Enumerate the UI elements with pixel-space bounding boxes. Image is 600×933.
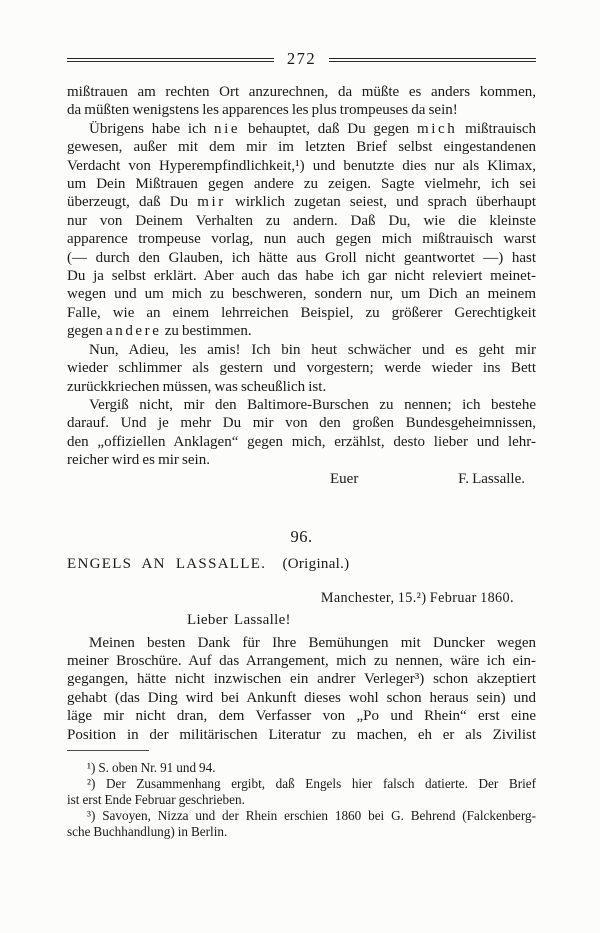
text-line: wieder schlimmer als gestern und vorgest…: [67, 359, 536, 377]
letter-96-text: Meinen besten Dank für Ihre Bemühungen m…: [67, 634, 536, 744]
page-header: 272: [67, 52, 536, 69]
text-line: Falle, wie an einem lehrreichen Beispiel…: [67, 304, 536, 322]
text-line: sche Buchhandlung) in Berlin.: [67, 824, 536, 840]
salutation: Lieber Lassalle!: [67, 611, 536, 629]
footnote-separator: [67, 750, 149, 751]
footnotes: ¹) S. oben Nr. 91 und 94.²) Der Zusammen…: [67, 760, 536, 840]
text-line: Vergiß nicht, mir den Baltimore-Burschen…: [67, 396, 536, 414]
text-line: den „offiziellen Anklagen“ gegen mich, e…: [67, 433, 536, 451]
signature-row: Euer F. Lassalle.: [67, 470, 536, 488]
text-line: zurückkriechen müssen, was scheußlich is…: [67, 378, 536, 396]
text-line: (— durch den Glauben, ich hätte aus Grol…: [67, 249, 536, 267]
paragraph: ¹) S. oben Nr. 91 und 94.: [67, 760, 536, 776]
paragraph: mißtrauen am rechten Ort anzurechnen, da…: [67, 83, 536, 120]
text-line: Verdacht von Hyperempfindlichkeit,¹) und…: [67, 157, 536, 175]
text-line: gegangen, hätte nicht inzwischen ein and…: [67, 670, 536, 688]
signature-closing: Euer: [330, 470, 358, 488]
text-line: gegen andere zu bestimmen.: [67, 322, 536, 340]
text-line: reicher wird es mir sein.: [67, 451, 536, 469]
paragraph: Übrigens habe ich nie behauptet, daß Du …: [67, 120, 536, 341]
book-page: 272 mißtrauen am rechten Ort anzurechnen…: [0, 0, 600, 933]
text-line: ²) Der Zusammenhang ergibt, daß Engels h…: [67, 776, 536, 792]
paragraph: Vergiß nicht, mir den Baltimore-Burschen…: [67, 396, 536, 470]
letter-heading: ENGELS AN LASSALLE. (Original.): [67, 555, 536, 573]
text-line: Übrigens habe ich nie behauptet, daß Du …: [67, 120, 536, 138]
page-number: 272: [274, 51, 329, 68]
paragraph: Nun, Adieu, les amis! Ich bin heut schwä…: [67, 341, 536, 396]
text-line: um Dein Mißtrauen gegen andere zu zeigen…: [67, 175, 536, 193]
text-line: apparence trompeuse vorlag, nun auch geg…: [67, 230, 536, 248]
text-line: gewesen, außer mit dem mir im letzten Br…: [67, 138, 536, 156]
text-line: mißtrauen am rechten Ort anzurechnen, da…: [67, 83, 536, 101]
header-rule-left: [67, 58, 274, 62]
text-line: darauf. Und je mehr Du mir von den große…: [67, 414, 536, 432]
dateline: Manchester, 15.²) Februar 1860.: [67, 589, 536, 607]
text-line: wegen und um mich zu beschweren, sondern…: [67, 285, 536, 303]
paragraph: Meinen besten Dank für Ihre Bemühungen m…: [67, 634, 536, 744]
text-line: läge mir nicht dran, dem Verfasser von „…: [67, 707, 536, 725]
letter-heading-original: (Original.): [282, 556, 349, 572]
text-line: Position in der militärischen Literatur …: [67, 726, 536, 744]
text-line: Nun, Adieu, les amis! Ich bin heut schwä…: [67, 341, 536, 359]
letter-number: 96.: [67, 528, 536, 546]
header-rule-right: [329, 58, 536, 62]
letter-heading-names: ENGELS AN LASSALLE.: [67, 556, 266, 572]
text-line: überzeugt, daß Du mir wirklich zugetan s…: [67, 193, 536, 211]
page-body: mißtrauen am rechten Ort anzurechnen, da…: [67, 83, 536, 840]
paragraph: ³) Savoyen, Nizza und der Rhein erschien…: [67, 808, 536, 840]
letter-95-text: mißtrauen am rechten Ort anzurechnen, da…: [67, 83, 536, 470]
text-line: Meinen besten Dank für Ihre Bemühungen m…: [67, 634, 536, 652]
text-line: nur von Deinem Verhalten zu andern. Daß …: [67, 212, 536, 230]
paragraph: ²) Der Zusammenhang ergibt, daß Engels h…: [67, 776, 536, 808]
text-line: ³) Savoyen, Nizza und der Rhein erschien…: [67, 808, 536, 824]
text-line: Du ja selbst erklärt. Aber auch das habe…: [67, 267, 536, 285]
text-line: ist erst Ende Februar geschrieben.: [67, 792, 536, 808]
text-line: da müßten wenigstens les apparences les …: [67, 101, 536, 119]
signature-name: F. Lassalle.: [458, 470, 525, 488]
text-line: meiner Broschüre. Auf das Arrangement, m…: [67, 652, 536, 670]
text-line: gehabt (das Ding wird bei Ankunft dieses…: [67, 689, 536, 707]
text-line: ¹) S. oben Nr. 91 und 94.: [67, 760, 536, 776]
